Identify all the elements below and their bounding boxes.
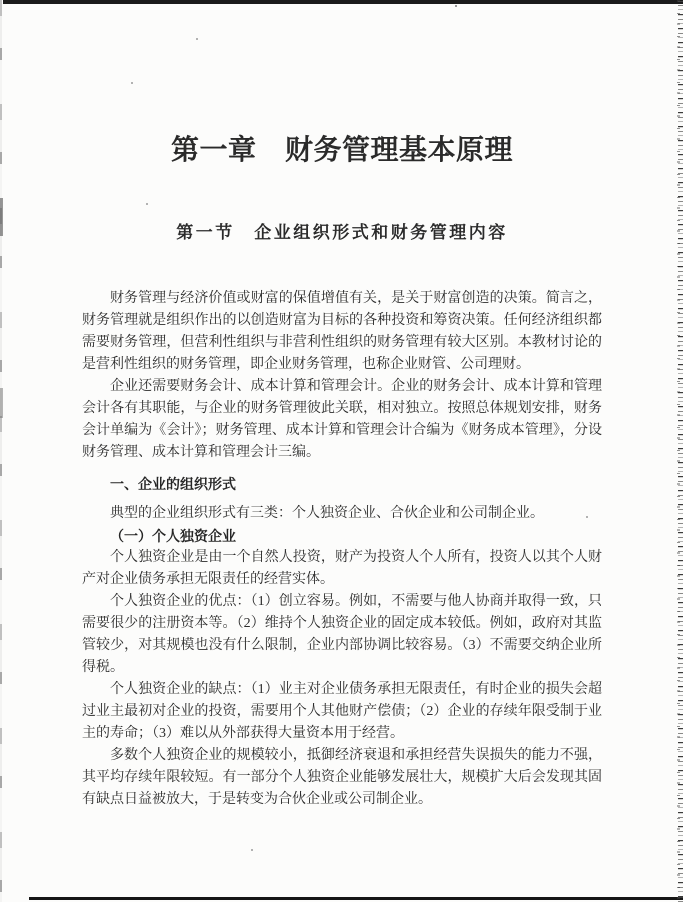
body-text: 财务管理与经济价值或财富的保值增值有关，是关于财富创造的决策。简言之，财务管理就… xyxy=(82,288,602,811)
scan-speck xyxy=(251,849,253,851)
org-forms-intro-paragraph: 典型的企业组织形式有三类：个人独资企业、合伙企业和公司制企业。 xyxy=(82,503,602,525)
heading-sole-proprietorship: （一）个人独资企业 xyxy=(82,525,602,547)
scan-speck xyxy=(196,38,198,40)
intro-paragraph: 企业还需要财务会计、成本计算和管理会计。企业的财务会计、成本计算和管理会计各有其… xyxy=(82,376,602,464)
scan-speck xyxy=(455,5,457,7)
chapter-title: 第一章 财务管理基本原理 xyxy=(82,130,602,170)
intro-paragraph: 财务管理与经济价值或财富的保值增值有关，是关于财富创造的决策。简言之，财务管理就… xyxy=(82,288,602,376)
sole-proprietorship-advantages-paragraph: 个人独资企业的优点：（1）创立容易。例如，不需要与他人协商并取得一致，只需要很少… xyxy=(82,591,602,679)
page-content: 第一章 财务管理基本原理 第一节 企业组织形式和财务管理内容 财务管理与经济价值… xyxy=(0,130,683,811)
scanned-textbook-page: 第一章 财务管理基本原理 第一节 企业组织形式和财务管理内容 财务管理与经济价值… xyxy=(0,0,683,902)
scan-edge-top xyxy=(3,0,683,4)
heading-org-forms: 一、企业的组织形式 xyxy=(82,473,602,495)
section-title: 第一节 企业组织形式和财务管理内容 xyxy=(82,220,602,246)
sole-proprietorship-definition-paragraph: 个人独资企业是由一个自然人投资，财产为投资人个人所有，投资人以其个人财产对企业债… xyxy=(82,547,602,591)
sole-proprietorship-scale-paragraph: 多数个人独资企业的规模较小，抵御经济衰退和承担经营失误损失的能力不强，其平均存续… xyxy=(82,745,602,811)
scan-speck xyxy=(131,82,133,84)
scan-edge-bottom xyxy=(29,897,683,900)
sole-proprietorship-disadvantages-paragraph: 个人独资企业的缺点：（1）业主对企业债务承担无限责任，有时企业的损失会超过业主最… xyxy=(82,679,602,745)
